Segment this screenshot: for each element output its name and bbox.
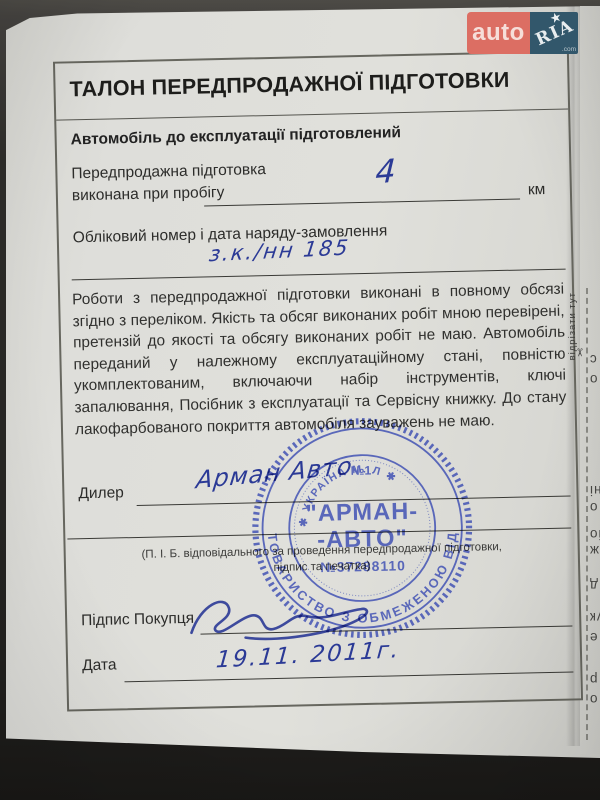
stamp-number-top: №1 — [351, 463, 372, 477]
ria-tld-text: .com — [562, 46, 576, 53]
mileage-label-line2: виконана при пробігу — [72, 184, 225, 205]
stamp-reg-number: №37288110 — [320, 557, 406, 575]
edge-letter: ж — [589, 543, 599, 558]
edge-letter: д — [589, 578, 598, 593]
edge-letter: ні — [589, 483, 600, 498]
mileage-blank-line — [203, 159, 520, 207]
date-label: Дата — [82, 656, 117, 675]
edge-letter: с — [589, 352, 597, 367]
cut-here-dashed-line — [586, 288, 588, 740]
edge-letter: іо — [589, 527, 600, 542]
ria-logo-block: ★ RIA .com — [530, 12, 578, 54]
edge-letter: о — [589, 500, 598, 515]
coupon-form: ТАЛОН ПЕРЕДПРОДАЖНОЇ ПІДГОТОВКИ Автомобі… — [53, 50, 583, 711]
stamp-company-line2: -АВТО" — [317, 526, 408, 554]
dealer-round-stamp: ТОВАРИСТВО З ОБМЕЖЕНОЮ ВІДПОВІДАЛЬНІСТЮ … — [247, 413, 478, 644]
edge-letter: р — [589, 672, 598, 687]
mileage-handwritten-value: 4 — [375, 151, 397, 191]
form-title: ТАЛОН ПЕРЕДПРОДАЖНОЇ ПІДГОТОВКИ — [69, 67, 555, 103]
stamp-company-line1: "АРМАН- — [305, 499, 418, 527]
auto-logo-block: auto — [467, 12, 530, 54]
mileage-unit: км — [528, 181, 546, 199]
autoria-watermark: auto ★ RIA .com — [467, 12, 578, 54]
service-book-photo: ТАЛОН ПЕРЕДПРОДАЖНОЇ ПІДГОТОВКИ Автомобі… — [0, 0, 600, 800]
edge-letter: о — [589, 372, 598, 387]
ready-statement: Автомобіль до експлуатації підготовлений — [70, 121, 556, 150]
scissors-icon: ✂ — [573, 348, 586, 357]
edge-letter: ук — [589, 610, 600, 625]
edge-letter: е — [589, 630, 598, 645]
title-divider — [56, 108, 568, 120]
edge-letter: о — [589, 692, 598, 707]
buyer-signature-label: Підпис Покупця — [81, 610, 194, 630]
